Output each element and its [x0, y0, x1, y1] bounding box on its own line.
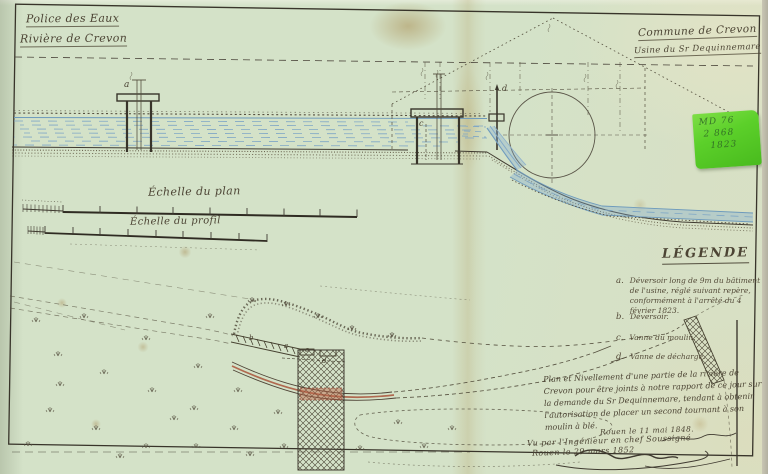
downstream-channel: [510, 170, 753, 224]
legend-title: LÉGENDE: [662, 245, 749, 265]
title-police-des-eaux: Police des Eaux: [26, 12, 119, 28]
legend-letter-c: c.: [616, 333, 623, 343]
plan-mark-b: b: [249, 334, 254, 342]
legend-text-c: Vanne du moulin.: [629, 333, 761, 343]
legend-text-d: Vanne de décharge.: [630, 352, 762, 362]
sticky-note: MD 76 2 868 1823: [692, 110, 762, 169]
label-echelle-du-profil: Échelle du profil: [130, 215, 221, 228]
legend-letter-b: b.: [616, 312, 624, 322]
plan-vegetation-band: [234, 297, 666, 347]
legend-text-b: Déversoir.: [630, 312, 762, 322]
waterwheel-circle: [503, 88, 650, 186]
plan-mark-c: c: [305, 346, 309, 354]
plan-mark-a: a: [284, 342, 289, 350]
legend-entry-c: c. Vanne du moulin.: [616, 333, 761, 343]
profile-ground: [12, 147, 753, 231]
label-echelle-du-plan: Échelle du plan: [148, 184, 241, 199]
scanned-plan-document: Police des Eaux Rivière de Crevon Commun…: [0, 0, 768, 474]
profile-mark-a: a: [124, 80, 130, 90]
legend-letter-a: a.: [616, 276, 624, 317]
title-riviere-de-crevon: Rivière de Crevon: [20, 32, 127, 48]
legend-entry-a: a. Déversoir long de 9m du bâtiment de l…: [616, 276, 762, 317]
legend-text-a: Déversoir long de 9m du bâtiment de l'us…: [630, 276, 762, 317]
profile-mark-d: d: [502, 84, 508, 93]
legend-entry-d: d. Vanne de décharge.: [616, 352, 762, 362]
certification-body: Plan et Nivellement d'une partie de la r…: [543, 366, 767, 434]
legend-letter-d: d.: [616, 352, 624, 362]
plan-scale-bar: [22, 200, 357, 217]
plan-mark-d: d: [322, 357, 327, 365]
profile-mark-c: c: [419, 119, 424, 128]
dimension-lines: [130, 24, 620, 132]
paper-edge: [762, 0, 768, 474]
datum-line: [15, 57, 753, 66]
plan-road: [10, 296, 346, 362]
profil-scale-bar: [28, 226, 267, 250]
legend-entry-b: b. Déversoir.: [616, 312, 762, 322]
